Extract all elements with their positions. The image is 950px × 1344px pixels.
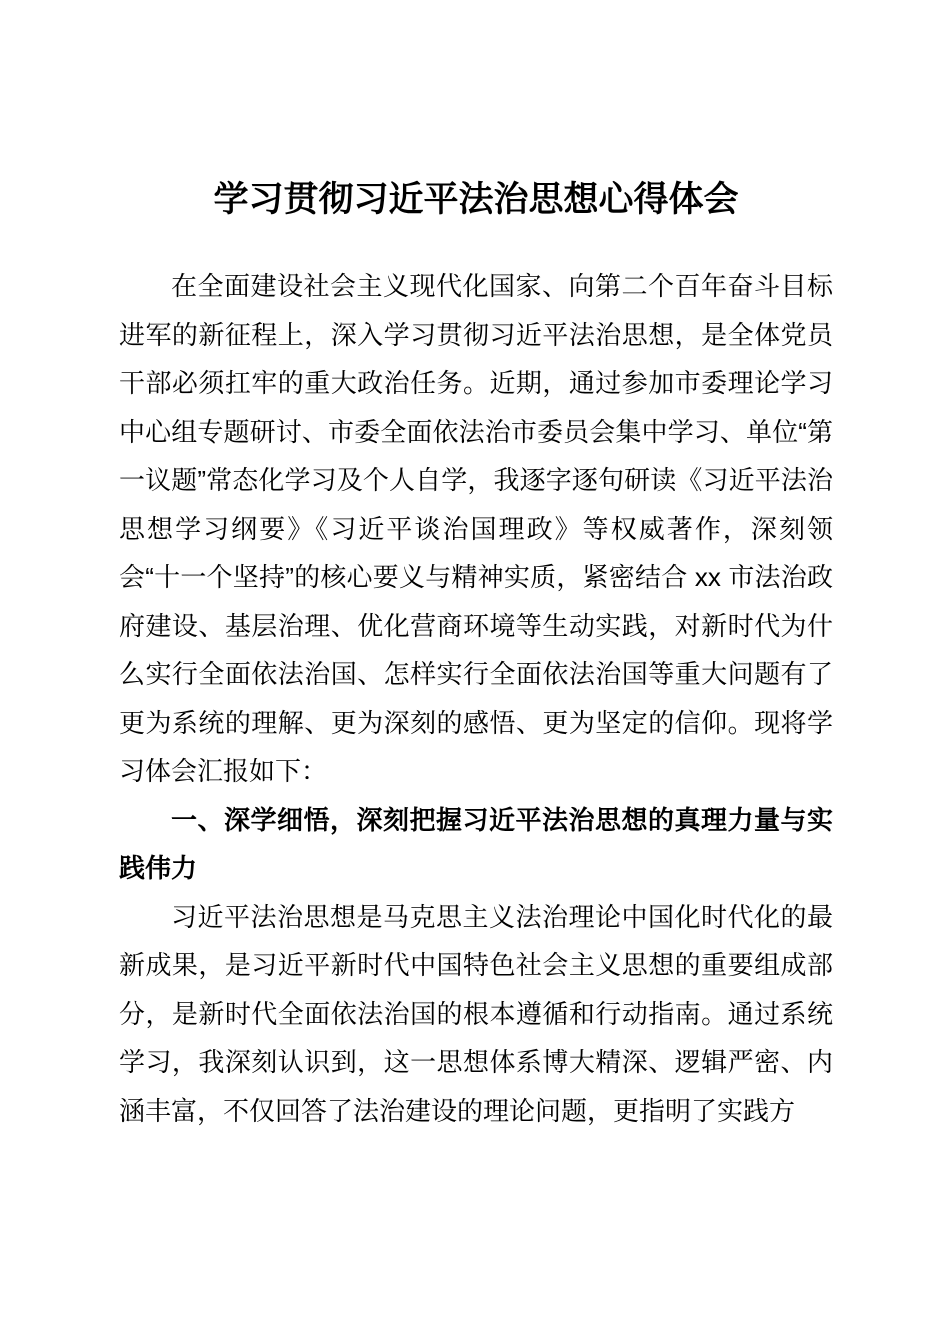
section-heading: 一、深学细悟，深刻把握习近平法治思想的真理力量与实践伟力 [119,796,833,893]
paragraph-intro: 在全面建设社会主义现代化国家、向第二个百年奋斗目标进军的新征程上，深入学习贯彻习… [119,262,833,796]
paragraph-body: 习近平法治思想是马克思主义法治理论中国化时代化的最新成果，是习近平新时代中国特色… [119,893,833,1136]
document-page: 学习贯彻习近平法治思想心得体会 在全面建设社会主义现代化国家、向第二个百年奋斗目… [0,0,950,1344]
document-title: 学习贯彻习近平法治思想心得体会 [119,176,833,224]
